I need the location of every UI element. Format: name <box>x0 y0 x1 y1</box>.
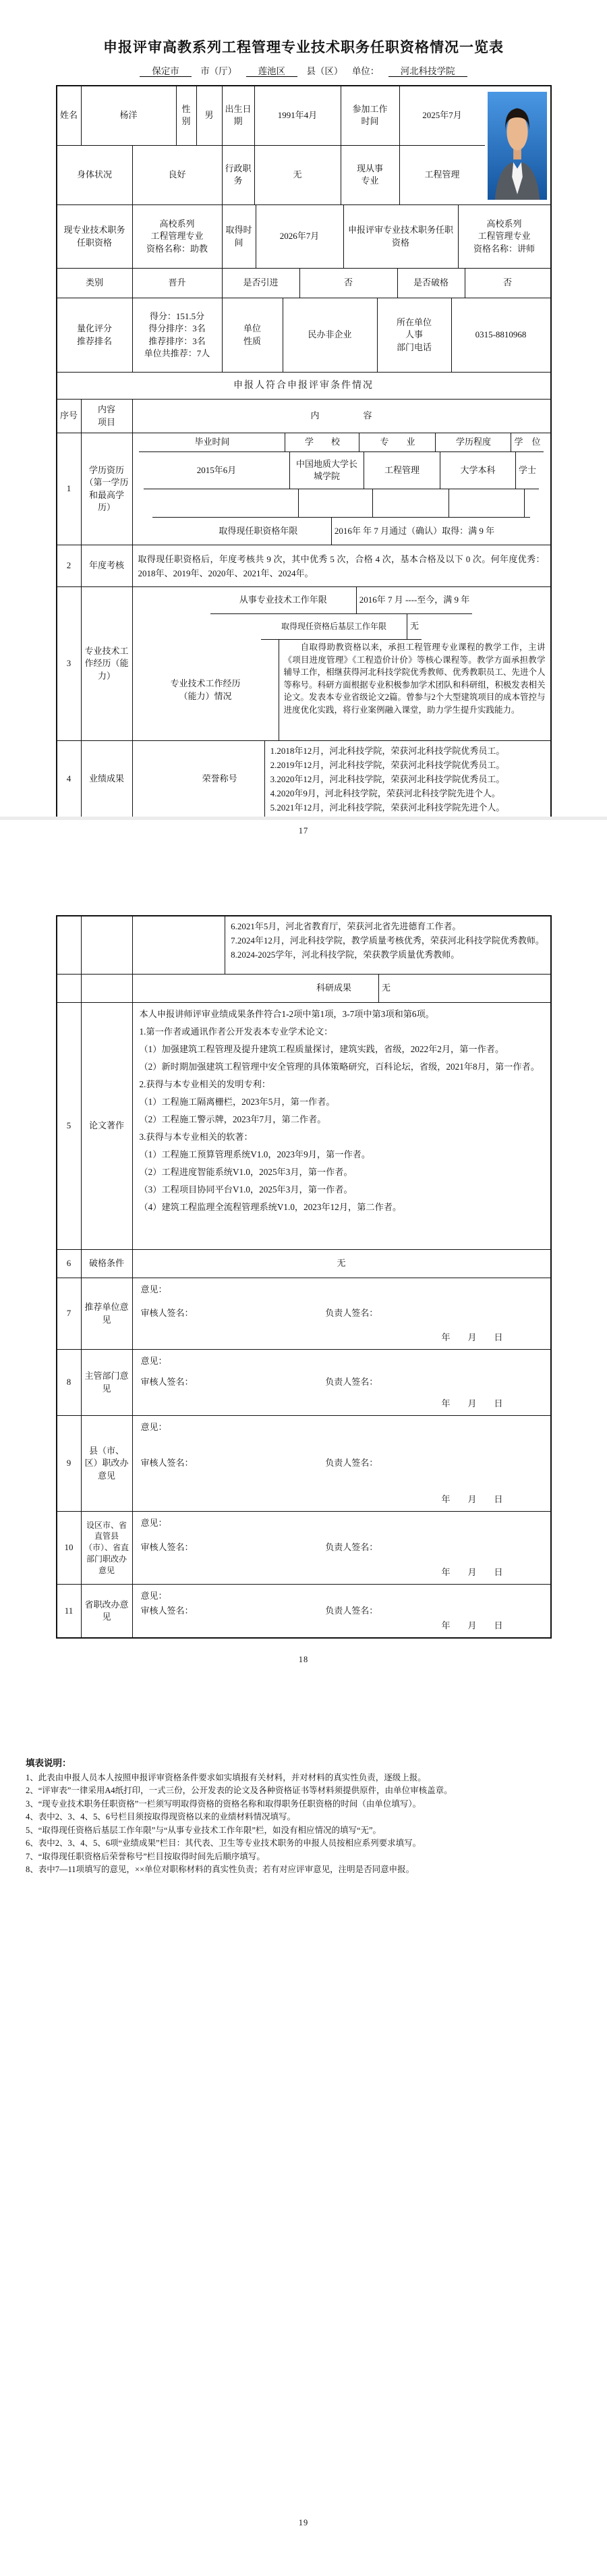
category-label: 类别 <box>57 269 133 298</box>
page1-bottom-edge <box>0 817 607 820</box>
health-value: 良好 <box>133 146 223 205</box>
honor-title-label: 荣誉称号 <box>175 741 265 817</box>
qual-years-label: 取得现任职资格年限 <box>185 518 332 545</box>
item11-opinion-row: 11 省职改办意 见 意见： 审核人签名： 负责人签名： 年 月 日 <box>57 1585 550 1637</box>
apply-title-value: 高校系列 工程管理专业 资格名称：讲师 <box>459 205 550 268</box>
birth-value: 1991年4月 <box>255 86 341 145</box>
work-start-label: 参加工作 时间 <box>341 86 400 145</box>
grassroots-years-value: 无 <box>407 614 422 639</box>
responsible-sign-label: 负责人签名： <box>325 1307 378 1319</box>
page2-number: 18 <box>0 1655 607 1665</box>
edu-major: 工程管理 <box>364 452 440 489</box>
responsible-sign-label: 负责人签名： <box>325 1376 378 1388</box>
item4-continuation-row: 6.2021年5月，河北省教育厅，荣获河北省先进德育工作者。 7.2024年12… <box>57 916 550 975</box>
gender-label: 性别 <box>177 86 197 145</box>
work-start-value: 2025年7月 <box>400 86 485 145</box>
score-label: 量化评分 推荐排名 <box>57 298 133 372</box>
category-row: 类别 晋升 是否引进 否 是否破格 否 <box>57 269 550 298</box>
item3-experience-row: 3 专业技术工作经历（能力） 从事专业技术工作年限 2016年 7 月 ----… <box>57 587 550 741</box>
item4-label: 业绩成果 <box>82 741 133 817</box>
filling-instructions: 填表说明： 1、此表由申报人员本人按照申报评审资格条件要求如实填报有关材料，并对… <box>26 1757 581 1877</box>
item5-papers-row: 5 论文著作 本人申报讲师评审业绩成果条件符合1-2项中第1项，3-7项中第3项… <box>57 1003 550 1250</box>
item8-opinion: 意见： 审核人签名： 负责人签名： 年 月 日 <box>133 1350 550 1415</box>
edu-empty-3 <box>373 489 449 517</box>
research-seq-empty <box>57 975 82 1002</box>
responsible-sign-label: 负责人签名： <box>325 1457 378 1469</box>
item4-content: 荣誉称号 1.2018年12月，河北科技学院，荣获河北科技学院优秀员工。 2.2… <box>133 741 550 817</box>
seq-col-header: 序号 <box>57 400 82 433</box>
admin-post-value: 无 <box>255 146 341 205</box>
item9-opinion: 意见： 审核人签名： 负责人签名： 年 月 日 <box>133 1416 550 1511</box>
date-line: 年 月 日 <box>441 1398 542 1410</box>
item5-label: 论文著作 <box>82 1003 133 1249</box>
item3-label: 专业技术工作经历（能力） <box>82 587 133 740</box>
research-content: 科研成果 无 <box>133 975 550 1002</box>
item6-seq: 6 <box>57 1250 82 1278</box>
page-3: 填表说明： 1、此表由申报人员本人按照申报评审资格条件要求如实填报有关材料，并对… <box>0 1718 607 2576</box>
item1-content: 毕业时间 学 校 专 业 学历程度 学 位 2015年6月 中国地质大学长城学院… <box>133 433 550 545</box>
page-2: 6.2021年5月，河北省教育厅，荣获河北省先进德育工作者。 7.2024年12… <box>0 858 607 1718</box>
tech-years-label: 从事专业技术工作年限 <box>210 587 357 613</box>
unit-value: 河北科技学院 <box>388 66 467 77</box>
item3-seq: 3 <box>57 587 82 740</box>
district-suffix-label: 县（区） <box>306 66 343 76</box>
item4c-label-empty <box>82 916 133 974</box>
page3-number: 19 <box>0 2518 607 2528</box>
page1-number: 17 <box>0 826 607 836</box>
edu-h-grad-time: 毕业时间 <box>139 433 285 451</box>
responsible-sign-label: 负责人签名： <box>325 1541 378 1554</box>
item10-opinion-row: 10 设区市、省直管县（市）、省直部门职改办意见 意见： 审核人签名： 负责人签… <box>57 1512 550 1585</box>
item6-exception-row: 6 破格条件 无 <box>57 1250 550 1278</box>
item9-seq: 9 <box>57 1416 82 1511</box>
item7-seq: 7 <box>57 1278 82 1349</box>
item6-label: 破格条件 <box>82 1250 133 1278</box>
page-1: 申报评审高教系列工程管理专业技术职务任职资格情况一览表 保定市 市（厅） 莲池区… <box>0 0 607 858</box>
item4-seq: 4 <box>57 741 82 817</box>
apply-title-label: 申报评审专业技术职务任职资格 <box>344 205 459 268</box>
research-value: 无 <box>379 975 393 1002</box>
current-title-label: 现专业技术职务任职资格 <box>57 205 133 268</box>
item1-seq: 1 <box>57 433 82 545</box>
edu-h-degree: 学 位 <box>511 433 543 451</box>
health-label: 身体状况 <box>57 146 133 205</box>
item10-seq: 10 <box>57 1512 82 1584</box>
research-row: 科研成果 无 <box>57 975 550 1003</box>
introduced-label: 是否引进 <box>223 269 300 298</box>
opinion-comment-label: 意见： <box>141 1421 542 1433</box>
conditions-header-row: 申报人符合申报评审条件情况 <box>57 373 550 400</box>
item11-label: 省职改办意 见 <box>82 1585 133 1637</box>
content-col-header: 内 容 <box>133 400 550 433</box>
edu-empty-5 <box>525 489 530 517</box>
profession-value: 工程管理 <box>400 146 485 205</box>
name-value: 杨洋 <box>82 86 177 145</box>
obtain-time-value: 2026年7月 <box>256 205 344 268</box>
item11-seq: 11 <box>57 1585 82 1637</box>
main-table-page1: 姓名 杨洋 性别 男 出生日期 1991年4月 参加工作 时间 2025年7月 … <box>56 85 552 818</box>
name-label: 姓名 <box>57 86 82 145</box>
item10-opinion: 意见： 审核人签名： 负责人签名： 年 月 日 <box>133 1512 550 1584</box>
exception-label: 是否破格 <box>398 269 465 298</box>
location-line: 保定市 市（厅） 莲池区 县（区） 单位： 河北科技学院 <box>0 63 607 77</box>
city-value: 保定市 <box>140 66 192 77</box>
score-row: 量化评分 推荐排名 得分：151.5分 得分排序：3名 推荐排序：3名 单位共推… <box>57 298 550 373</box>
experience-text: 自取得助教资格以来，承担工程管理专业课程的教学工作，主讲《项目进度管理》《工程造… <box>279 640 550 740</box>
introduced-value: 否 <box>300 269 398 298</box>
item2-seq: 2 <box>57 545 82 586</box>
date-line: 年 月 日 <box>441 1493 542 1506</box>
score-value: 得分：151.5分 得分排序：3名 推荐排序：3名 单位共推荐：7人 <box>133 298 223 372</box>
gender-value: 男 <box>197 86 223 145</box>
honor-list-6-8: 6.2021年5月，河北省教育厅，荣获河北省先进德育工作者。 7.2024年12… <box>225 916 547 974</box>
edu-empty-4 <box>449 489 525 517</box>
item1-label: 学历资历（第一学历和最高学历） <box>82 433 133 545</box>
hr-phone-label: 所在单位 人事 部门电话 <box>378 298 452 372</box>
id-photo-image <box>488 92 547 200</box>
reviewer-sign-label: 审核人签名： <box>141 1457 326 1469</box>
item8-opinion-row: 8 主管部门意见 意见： 审核人签名： 负责人签名： 年 月 日 <box>57 1350 550 1416</box>
date-line: 年 月 日 <box>441 1566 542 1579</box>
profession-label: 现从事 专业 <box>341 146 400 205</box>
admin-post-label: 行政职务 <box>223 146 255 205</box>
current-title-value: 高校系列 工程管理专业 资格名称：助教 <box>133 205 223 268</box>
page-title: 申报评审高教系列工程管理专业技术职务任职资格情况一览表 <box>0 36 607 57</box>
item3-content: 从事专业技术工作年限 2016年 7 月 ----至今，满 9 年 取得现任资格… <box>133 587 550 740</box>
opinion-comment-label: 意见： <box>141 1590 542 1602</box>
opinion-comment-label: 意见： <box>141 1284 542 1296</box>
hr-phone-value: 0315-8810968 <box>452 298 550 372</box>
edu-empty-2 <box>299 489 373 517</box>
edu-grad-time: 2015年6月 <box>144 452 290 489</box>
item5-seq: 5 <box>57 1003 82 1249</box>
honor-title-label-empty <box>136 916 225 974</box>
date-line: 年 月 日 <box>441 1620 542 1632</box>
qual-years-value: 2016年 年 7 月通过（确认）取得：满 9 年 <box>332 518 497 545</box>
honor-list-1-5: 1.2018年12月，河北科技学院，荣获河北科技学院优秀员工。 2.2019年1… <box>265 741 508 817</box>
experience-label: 专业技术工作经历 （能力）情况 <box>133 640 279 740</box>
edu-degree-level: 大学本科 <box>440 452 516 489</box>
birth-label: 出生日期 <box>223 86 255 145</box>
item9-label: 县（市、区）职改办意见 <box>82 1416 133 1511</box>
item2-label: 年度考核 <box>82 545 133 586</box>
reviewer-sign-label: 审核人签名： <box>141 1376 326 1388</box>
reviewer-sign-label: 审核人签名： <box>141 1541 326 1554</box>
edu-degree: 学士 <box>516 452 539 489</box>
basic-info-rows: 姓名 杨洋 性别 男 出生日期 1991年4月 参加工作 时间 2025年7月 … <box>57 86 550 205</box>
item-col-header: 内容 项目 <box>82 400 133 433</box>
responsible-sign-label: 负责人签名： <box>325 1605 378 1617</box>
grassroots-years-label: 取得现任资格后基层工作年限 <box>261 614 407 639</box>
edu-h-degree-level: 学历程度 <box>436 433 511 451</box>
item4-achievement-row: 4 业绩成果 荣誉称号 1.2018年12月，河北科技学院，荣获河北科技学院优秀… <box>57 741 550 817</box>
exception-value: 否 <box>465 269 550 298</box>
item7-label: 推荐单位意见 <box>82 1278 133 1349</box>
item4c-seq-empty <box>57 916 82 974</box>
item4c-content: 6.2021年5月，河北省教育厅，荣获河北省先进德育工作者。 7.2024年12… <box>133 916 550 974</box>
edu-empty-1 <box>152 489 299 517</box>
item5-paper-list: 本人申报讲师评审业绩成果条件符合1-2项中第1项，3-7项中第3项和第6项。 1… <box>133 1003 550 1249</box>
instructions-list: 1、此表由申报人员本人按照申报评审资格条件要求如实填报有关材料，并对材料的真实性… <box>26 1772 581 1877</box>
district-value: 莲池区 <box>246 66 298 77</box>
item8-seq: 8 <box>57 1350 82 1415</box>
document-canvas: 申报评审高教系列工程管理专业技术职务任职资格情况一览表 保定市 市（厅） 莲池区… <box>0 0 607 2576</box>
conditions-cols-row: 序号 内容 项目 内 容 <box>57 400 550 433</box>
edu-school: 中国地质大学长城学院 <box>290 452 364 489</box>
opinion-comment-label: 意见： <box>141 1355 542 1367</box>
opinion-comment-label: 意见： <box>141 1517 542 1529</box>
item7-opinion: 意见： 审核人签名： 负责人签名： 年 月 日 <box>133 1278 550 1349</box>
item11-opinion: 意见： 审核人签名： 负责人签名： 年 月 日 <box>133 1585 550 1637</box>
item9-opinion-row: 9 县（市、区）职改办意见 意见： 审核人签名： 负责人签名： 年 月 日 <box>57 1416 550 1512</box>
date-line: 年 月 日 <box>441 1332 542 1344</box>
item2-text: 取得现任职资格后，年度考核共 9 次，其中优秀 5 次，合格 4 次，基本合格及… <box>133 545 550 586</box>
unit-type-value: 民办非企业 <box>283 298 378 372</box>
unit-type-label: 单位 性质 <box>223 298 283 372</box>
item2-appraisal-row: 2 年度考核 取得现任职资格后，年度考核共 9 次，其中优秀 5 次，合格 4 … <box>57 545 550 587</box>
item6-value: 无 <box>133 1250 550 1278</box>
conditions-header: 申报人符合申报评审条件情况 <box>57 373 550 399</box>
unit-label: 单位： <box>352 66 380 76</box>
research-label-empty <box>82 975 133 1002</box>
item7-opinion-row: 7 推荐单位意见 意见： 审核人签名： 负责人签名： 年 月 日 <box>57 1278 550 1350</box>
item1-education-row: 1 学历资历（第一学历和最高学历） 毕业时间 学 校 专 业 学历程度 学 位 … <box>57 433 550 545</box>
reviewer-sign-label: 审核人签名： <box>141 1307 326 1319</box>
id-photo <box>485 86 550 204</box>
item10-label: 设区市、省直管县（市）、省直部门职改办意见 <box>82 1512 133 1584</box>
tech-years-value: 2016年 7 月 ----至今，满 9 年 <box>357 587 473 613</box>
edu-h-major: 专 业 <box>359 433 436 451</box>
qualification-row: 现专业技术职务任职资格 高校系列 工程管理专业 资格名称：助教 取得时间 202… <box>57 205 550 269</box>
instructions-heading: 填表说明： <box>26 1757 581 1770</box>
obtain-time-label: 取得时间 <box>223 205 256 268</box>
category-value: 晋升 <box>133 269 223 298</box>
city-suffix-label: 市（厅） <box>200 66 237 76</box>
main-table-page2: 6.2021年5月，河北省教育厅，荣获河北省先进德育工作者。 7.2024年12… <box>56 915 552 1639</box>
item8-label: 主管部门意见 <box>82 1350 133 1415</box>
edu-h-school: 学 校 <box>285 433 359 451</box>
research-label: 科研成果 <box>289 975 379 1002</box>
reviewer-sign-label: 审核人签名： <box>141 1605 326 1617</box>
